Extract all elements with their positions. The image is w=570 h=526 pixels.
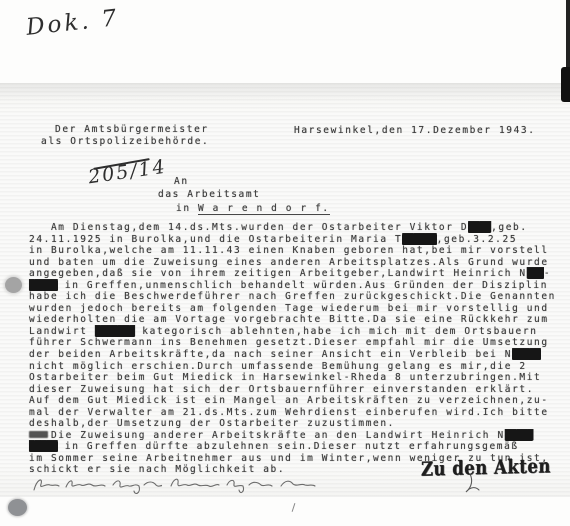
recipient-city-prefix: in xyxy=(176,203,198,214)
redaction-bar: ██████ xyxy=(402,234,436,245)
recipient-office: das Arbeitsamt xyxy=(158,189,260,201)
letter-body: Am Dienstag,dem 14.ds.Mts.wurden der Ost… xyxy=(29,222,556,476)
letter-line: dieser Zuweisung hat sich der Ortsbauern… xyxy=(29,384,556,396)
letter-line: deshalb,der Umsetzung der Ostarbeiter zu… xyxy=(29,418,556,430)
stamp-initial-mark xyxy=(462,473,482,495)
redaction-bar: ███ xyxy=(527,268,544,279)
redaction-bar: ████ xyxy=(468,222,491,233)
ink-smudge xyxy=(29,431,48,438)
letter-line: und baten um die Zuweisung eines anderen… xyxy=(29,257,556,269)
letter-line: 24.11.1925 in Burolka,und die Ostarbeite… xyxy=(29,234,556,246)
redaction-bar: █████ xyxy=(29,441,58,452)
sender-line-2: als Ortspolizeibehörde. xyxy=(41,136,209,148)
handwritten-doc-label: Dok. 7 xyxy=(25,5,121,41)
letter-line: █████ in Greffen,unmenschlich behandelt … xyxy=(29,280,556,292)
scan-band-edge xyxy=(0,83,570,101)
letter-line: angegeben,daß sie von ihrem zeitigen Arb… xyxy=(29,268,556,280)
letter-line: nicht möglich erschien.Durch umfassende … xyxy=(29,361,556,373)
redaction-bar: ███████ xyxy=(95,326,135,337)
recipient-city-line: in W a r e n d o r f. xyxy=(176,203,330,215)
letter-line: wiederholten die am Vortage vorgebrachte… xyxy=(29,314,556,326)
letter-line: mal der Verwalter am 21.ds.Mts.zum Wehrd… xyxy=(29,407,556,419)
sender-line-1: Der Amtsbürgermeister xyxy=(55,124,209,136)
redaction-bar: █████ xyxy=(505,430,534,441)
redaction-bar: █████ xyxy=(29,280,58,291)
corner-blob-mark xyxy=(8,499,27,516)
stray-pen-mark xyxy=(292,503,296,512)
recipient-city-name: W a r e n d o r f. xyxy=(198,203,330,216)
letter-line: wurden jedoch bereits am folgenden Tage … xyxy=(29,303,556,315)
letter-line: Auf dem Gut Miedick ist ein Mangel an Ar… xyxy=(29,395,556,407)
letter-line: █████ in Greffen dürfte abzulehnen sein.… xyxy=(29,441,556,453)
letter-line: Am Dienstag,dem 14.ds.Mts.wurden der Ost… xyxy=(29,222,556,234)
letter-line: Die Zuweisung anderer Arbeitskräfte an d… xyxy=(29,430,556,442)
letter-line: Landwirt ███████ kategorisch ablehnten,h… xyxy=(29,326,556,338)
recipient-salutation: An xyxy=(174,176,189,188)
letter-line: in Burolka,welche am 11.11.43 einen Knab… xyxy=(29,245,556,257)
handwritten-note xyxy=(31,474,321,500)
letter-line: Ostarbeiter beim Gut Miedick in Harsewin… xyxy=(29,372,556,384)
place-date-line: Harsewinkel,den 17.Dezember 1943. xyxy=(294,125,536,137)
letter-line: habe ich die Beschwerdeführer nach Greff… xyxy=(29,291,556,303)
punch-hole-mark xyxy=(5,277,22,293)
scanned-letter-page: Dok. 7 Der Amtsbürgermeister als Ortspol… xyxy=(0,0,570,526)
letter-line: der beiden Arbeitskräfte,da nach seiner … xyxy=(29,349,556,361)
akten-stamp: Zu den Akten xyxy=(421,455,551,481)
redaction-bar: █████ xyxy=(512,349,541,360)
scan-edge-blob xyxy=(561,67,570,102)
letter-line: führer Schwermann ins Benehmen gesetzt.D… xyxy=(29,337,556,349)
